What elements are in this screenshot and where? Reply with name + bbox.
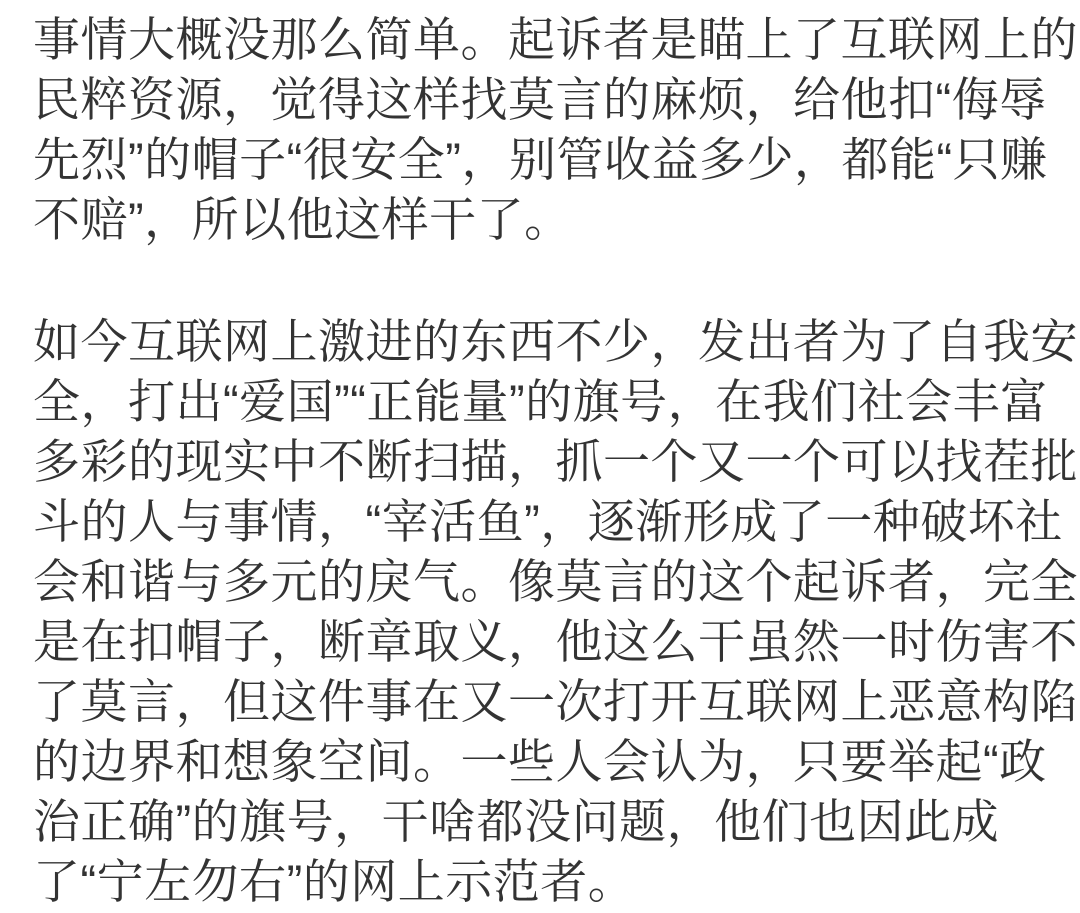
- text-line: 是在扣帽子，断章取义，他这么干虽然一时伤害不: [33, 612, 1050, 672]
- text-line: 如今互联网上激进的东西不少，发出者为了自我安: [33, 312, 1050, 372]
- paragraph-2: 如今互联网上激进的东西不少，发出者为了自我安 全，打出“爱国”“正能量”的旗号，…: [33, 312, 1050, 912]
- text-line: 先烈”的帽子“很安全”，别管收益多少，都能“只赚: [33, 130, 1050, 190]
- text-line: 的边界和想象空间。一些人会认为，只要举起“政: [33, 732, 1050, 792]
- text-line: 斗的人与事情，“宰活鱼”，逐渐形成了一种破坏社: [33, 492, 1050, 552]
- text-line: 民粹资源，觉得这样找莫言的麻烦，给他扣“侮辱: [33, 70, 1050, 130]
- text-line: 了“宁左勿右”的网上示范者。: [33, 852, 1050, 912]
- text-line: 治正确”的旗号，干啥都没问题，他们也因此成: [33, 792, 1050, 852]
- text-line: 不赔”，所以他这样干了。: [33, 190, 1050, 250]
- text-line: 了莫言，但这件事在又一次打开互联网上恶意构陷: [33, 672, 1050, 732]
- paragraph-1: 事情大概没那么简单。起诉者是瞄上了互联网上的 民粹资源，觉得这样找莫言的麻烦，给…: [33, 10, 1050, 250]
- article-text-page: 事情大概没那么简单。起诉者是瞄上了互联网上的 民粹资源，觉得这样找莫言的麻烦，给…: [0, 0, 1080, 913]
- text-line: 会和谐与多元的戾气。像莫言的这个起诉者，完全: [33, 552, 1050, 612]
- text-line: 多彩的现实中不断扫描，抓一个又一个可以找茬批: [33, 432, 1050, 492]
- text-line: 全，打出“爱国”“正能量”的旗号，在我们社会丰富: [33, 372, 1050, 432]
- text-line: 事情大概没那么简单。起诉者是瞄上了互联网上的: [33, 10, 1050, 70]
